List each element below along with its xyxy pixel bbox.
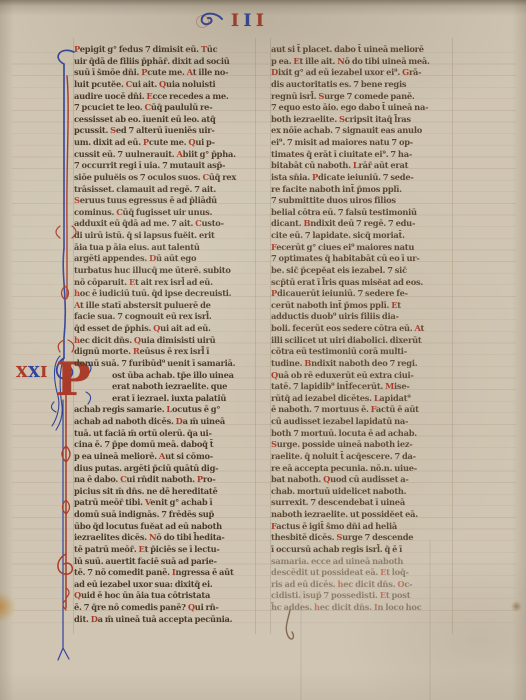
text-line: tudine. Bndixit naboth deo 7 regi. (271, 358, 453, 370)
rubricated-letter: Q (188, 602, 195, 612)
rubricated-letter: Q (74, 590, 81, 600)
text-line: scp̄tū erat ī l̄ris quas misĕat ad eos. (271, 277, 453, 289)
text-line: trāsisset. clamauit ad regē. 7 ait. (74, 184, 256, 196)
running-title-numeral: III (231, 13, 268, 30)
text-line: re facite naboth int̄ p̄mos pplī. (271, 184, 453, 196)
text-line: cessisset ab eo. īuenit eū leo. atq̄ (74, 114, 256, 126)
rubricated-letter: D (91, 614, 98, 624)
text-line: pcussit. Sed 7 alterū īueniēs uir- (74, 125, 256, 137)
text-line: 7 occurrit regi ī uia. 7 mutauit asp̄- (74, 160, 256, 172)
text-line: ris ad eū dicēs. hec dicit dn̄s. Oc- (271, 579, 453, 591)
text-line: cussit eū. 7 uulnerauit. Abiit g° p̄pha. (74, 149, 256, 161)
text-line: dius putas. argēti p̄ciū quātū dig- (74, 463, 256, 475)
text-line: tuā. ut faciā m̄ ortū olerū. q̄a ui- (74, 428, 256, 440)
text-line: di uirū istū. q̄ si lapsus fuĕit. erit (74, 230, 256, 242)
text-line: cominus. Cūq̄ fugisset uir unus. (74, 207, 256, 219)
text-line: luit pcutĕe. Cui ait. Quia noluisti (74, 79, 256, 91)
descender-flourish-icon (280, 608, 300, 648)
text-line: Quā ob rē eduxerūt eū extra ciui- (271, 370, 453, 382)
text-line: descēdit ut possideat eā. Et loq̄- (271, 567, 453, 579)
text-line: cidisti. īsup̄ 7 possedisti. Et post (271, 590, 453, 602)
text-line: samaria. ecce ad uineā naboth (271, 556, 453, 568)
text-line: dis auctoritatis es. 7 bene regis (271, 79, 453, 91)
text-line: adduxit eū q̄dā ad me. 7 ait. Custo- (74, 218, 256, 230)
text-line: iezraelites dicēs. Nō do tibi h̄edita- (74, 532, 256, 544)
text-line: bat naboth. Quod cū audisset a- (271, 474, 453, 486)
text-line: naboth iezraelite. ut possidĕet eā. (271, 509, 453, 521)
text-line: tē patrū meōr̄. Et p̄iciēs se ī lectu- (74, 544, 256, 556)
text-line: Fecerūt g° ciues ei⁹ maiores natu (271, 242, 453, 254)
text-line: bitabāt cū naboth. Lrār̄ aūt erat (271, 160, 453, 172)
text-line: timates q̄ erāt ī ciuitate ei⁹. 7 ha- (271, 149, 453, 161)
text-line: uir q̄dā de filiis p̄phār̄. dixit ad soc… (74, 56, 256, 68)
text-line: patrū meōr̄ tibi. Venit g° achab ī (74, 497, 256, 509)
rubricated-letter: D (149, 253, 156, 263)
rubricated-letter: D (176, 416, 183, 426)
text-line: ei⁹. 7 misit ad maiores natu 7 op- (271, 137, 453, 149)
edge-mark (511, 601, 522, 612)
text-line: aut si t̄ placet. dabo t̄ uineā meliorē (271, 44, 453, 56)
text-column-left: Pepigit g° fedus 7 dimisit eū. Tūcuir q̄… (74, 44, 256, 625)
text-line: erat ī iezrael. iuxta palatiū (74, 393, 256, 405)
text-line: adductis duob⁹ uiris filiis dia- (271, 311, 453, 323)
text-line: belial cōtra eū. 7 falsū testimoniū (271, 207, 453, 219)
text-line: Factus ē igit̄ s̄mo dn̄i ad heliā (271, 521, 453, 533)
text-line: q̄d esset de p̄phis. Qui ait ad eū. (74, 323, 256, 335)
text-line: dignū morte. Reūsus ē rex isrl̄ ī (74, 346, 256, 358)
text-line: 7 pcuciet te leo. Cūq̄ paululū re- (74, 102, 256, 114)
text-line: p ea. Et ille ait. Nō do tibi uineā meā. (271, 56, 453, 68)
rubricated-letter: Q (134, 335, 141, 345)
text-line: ē naboth. 7 mortuus ē. Factū ē aūt (271, 404, 453, 416)
text-line: cerūt naboth int̄ p̄mos pplī. Et (271, 300, 453, 312)
text-line: boli. fecerūt eos sedere cōtra eū. At (271, 323, 453, 335)
rubricated-letter: R (133, 346, 140, 356)
text-line: dit. Da m̄ uineā tuā accepta pecūnia. (74, 614, 256, 626)
text-line: ost ūba achab. tp̄e illo uinea (74, 370, 256, 382)
text-line: rūtq̄ ad iezabel dicētes. Lapidat⁹ (271, 393, 453, 405)
text-line: na ē dabo. Cui rn̄dit naboth. Pro- (74, 474, 256, 486)
text-line: 7 equo esto āio. ego dabo t̄ uineā na- (271, 102, 453, 114)
text-line: suū ī s̄mōe dn̄i. Pcute me. At ille no- (74, 67, 256, 79)
text-line: dicant. Bndixit deū 7 regē. 7 edu- (271, 218, 453, 230)
text-line: lū suū. auertit faciē suā ad parie- (74, 556, 256, 568)
text-line: Pdicauerūt ieiuniū. 7 sedere fe- (271, 288, 453, 300)
colored-letter: I (231, 11, 243, 31)
text-line: h̄c addes. hec dicit dn̄s. In loco hoc (271, 602, 453, 614)
rubricated-letter: Q (271, 370, 278, 380)
text-line: chab. mortuū uidelicet naboth. (271, 486, 453, 498)
text-line: achab regis samarie. Locutus ē g° (74, 404, 256, 416)
colored-letter: I (256, 11, 268, 31)
rubricated-letter: D (271, 67, 278, 77)
text-line: Dixit g° ad eū iezabel uxor ei⁹. Grā- (271, 67, 453, 79)
text-line: domū suā. 7 furibūd⁹ uenit ī samariā. (74, 358, 256, 370)
offset-ink-ring (196, 15, 209, 28)
text-line: Seruus tuus egressus ē ad p̄liādū (74, 195, 256, 207)
text-line: um. dixit ad eū. Pcute me. Qui p- (74, 137, 256, 149)
text-line: ūbo q̄d locutus fuĕat ad eū naboth (74, 521, 256, 533)
text-line: facie sua. 7 cognouit eū rex isrl̄. (74, 311, 256, 323)
text-line: nō cōparuit. Et ait rex isrl̄ ad eū. (74, 277, 256, 289)
text-line: domū suā indignās. 7 frēdēs sup̄ (74, 509, 256, 521)
text-line: āia tua p āia eius. aut talentū (74, 242, 256, 254)
text-line: Pepigit g° fedus 7 dimisit eū. Tūc (74, 44, 256, 56)
text-line: ad eū iezabel uxor sua: dixitq̄ ei. (74, 579, 256, 591)
text-line: Quid ē hoc ūn āia tua cōtristata (74, 590, 256, 602)
rubricated-letter: N (337, 56, 344, 66)
text-line: cina ē. 7 p̄pe domū meā. daboq̄ t̄ (74, 439, 256, 451)
text-line: tatē. 7 lapidib⁹ int̄fecerūt. Mise- (271, 381, 453, 393)
colored-letter: I (243, 11, 255, 31)
chapter-number: XXI (16, 365, 48, 380)
text-line: 7 optimates q̄ habitabāt cū eo ī ur- (271, 253, 453, 265)
text-line: both iezraelite. Scripsit itaq̄ l̄ras (271, 114, 453, 126)
text-line: cū audisset iezabel lapidatū na- (271, 416, 453, 428)
text-line: turbatus huc illucq̄ me ūterē. subito (74, 265, 256, 277)
text-line: ī occursū achab regis isrl̄. q̄ ē ī (271, 544, 453, 556)
text-line: achab ad naboth dicēs. Da m̄ uineā (74, 416, 256, 428)
manuscript-page: III XXI P Pepigit (0, 0, 526, 700)
text-line: both 7 mortuū. locuta ē ad achab. (271, 428, 453, 440)
text-line: re eā accepta pecunia. nō.n. uiue- (271, 463, 453, 475)
text-line: thesbitē dicēs. Surge 7 descende (271, 532, 453, 544)
text-line: hec dicit dn̄s. Quia dimisisti uirū (74, 335, 256, 347)
text-line: Surge. posside uineā naboth iez- (271, 439, 453, 451)
text-line: ex nōīe achab. 7 signauit eas anulo (271, 125, 453, 137)
text-line: audire uocē dn̄i. Ecce recedes a me. (74, 91, 256, 103)
text-line: erat naboth iezraelite. que (74, 381, 256, 393)
text-line: cite eū. 7 lapidate. sicq̄ moriat̄. (271, 230, 453, 242)
colored-letter: X (16, 363, 28, 381)
text-line: raelite. q̄ noluit t̄ acq̄escere. 7 da- (271, 451, 453, 463)
rubricated-letter: M (385, 381, 394, 391)
text-line: ista sn̄ia. Pdicate ieiuniū. 7 sede- (271, 172, 453, 184)
text-column-right: aut si t̄ placet. dabo t̄ uineā meliorēp… (271, 44, 453, 614)
text-line: p ea uineā meliorē. Aut si cōmo- (74, 451, 256, 463)
text-line: hoc ē iudiciū tuū. q̄d ipse decreuisti. (74, 288, 256, 300)
text-line: ē. 7 q̄re nō comedis panē? Qui rn̄- (74, 602, 256, 614)
text-line: be. sic̄ p̄cepĕat eis iezabel. 7 sic̄ (271, 265, 453, 277)
rubricated-letter: G (402, 67, 409, 77)
running-title: III (196, 8, 268, 34)
text-line: picius sit m̄ dn̄s. ne dē hereditatē (74, 486, 256, 498)
rubricated-letter: Q (159, 79, 166, 89)
text-line: cōtra eū testimoniū corā multi- (271, 346, 453, 358)
text-line: 7 submittite duos uiros filios (271, 195, 453, 207)
text-line: tē. 7 nō comedit panē. Ingressa ē aūt (74, 567, 256, 579)
text-line: siōe puluĕis os 7 oculos suos. Cūq̄ rex (74, 172, 256, 184)
edge-stain (0, 592, 16, 622)
colored-letter: I (40, 363, 48, 381)
colored-letter: X (28, 363, 40, 381)
text-line: At ille statī abstersit puluerē de (74, 300, 256, 312)
text-line: surrexit. 7 descendebat ī uineā (271, 497, 453, 509)
text-line: argēti appendes. Dū aūt ego (74, 253, 256, 265)
text-line: illi scilicet ut uiri diabolici. dixerūt (271, 335, 453, 347)
text-line: regnū isrl̄. Surge 7 comede panē. (271, 91, 453, 103)
